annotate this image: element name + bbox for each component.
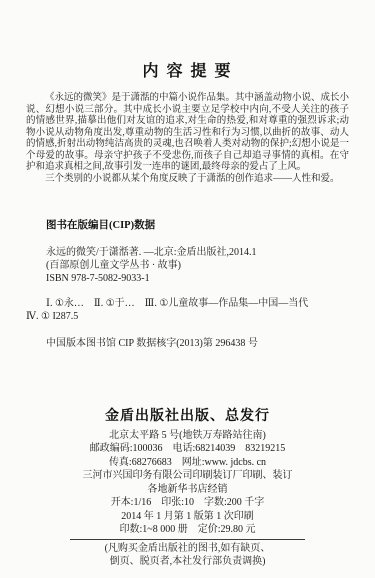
fax-website-line: 传真:68276683 网址:www. jdcbs. cn: [0, 456, 375, 470]
cip-classification-line2: Ⅳ. ① I287.5: [26, 310, 349, 323]
cip-data-block: 图书在版编目(CIP)数据 永远的微笑/于潇湉著. —北京:金盾出版社,2014…: [26, 219, 349, 350]
cip-title-line: 永远的微笑/于潇湉著. —北京:金盾出版社,2014.1: [46, 246, 349, 259]
distribution-line: 各地新华书店经销: [0, 483, 375, 497]
edition-line: 2014 年 1 月第 1 版第 1 次印刷: [0, 510, 375, 524]
printrun-price-line: 印数:1~8 000 册 定价:29.80 元: [0, 523, 375, 537]
divider-rule: [70, 539, 305, 540]
cip-classification-line1: Ⅰ. ①永… Ⅱ. ①于… Ⅲ. ①儿童故事—作品集—中国—当代: [46, 297, 349, 310]
cip-isbn: ISBN 978-7-5082-9033-1: [46, 272, 349, 285]
format-line: 开本:1/16 印张:10 字数:200 千字: [0, 496, 375, 510]
cip-record-number: 中国版本图书馆 CIP 数据核字(2013)第 296438 号: [46, 337, 349, 350]
content-summary-body: 《永远的微笑》是于潇湉的中篇小说作品集。其中涵盖动物小说、成长小说、幻想小说三部…: [26, 93, 349, 185]
publisher-address: 北京太平路 5 号(地铁万寿路站往南): [0, 429, 375, 443]
book-copyright-page: 内 容 提 要 《永远的微笑》是于潇湉的中篇小说作品集。其中涵盖动物小说、成长小…: [0, 0, 375, 578]
cip-heading: 图书在版编目(CIP)数据: [46, 219, 349, 232]
publisher-line: 金盾出版社出版、总发行: [0, 410, 375, 424]
cip-series-line: (百部原创儿童文学丛书 · 故事): [46, 259, 349, 272]
return-note-line2: 倒页、脱页者,本社发行部负责调换): [0, 555, 375, 569]
content-summary-title: 内 容 提 要: [0, 0, 375, 81]
colophon-block: 金盾出版社出版、总发行 北京太平路 5 号(地铁万寿路站往南) 邮政编码:100…: [0, 410, 375, 569]
postal-phone-line: 邮政编码:100036 电话:68214039 83219215: [0, 442, 375, 456]
return-note-line1: (凡购买金盾出版社的图书,如有缺页、: [0, 542, 375, 556]
printer-line: 三河市兴国印务有限公司印刷装订厂印刷、装订: [0, 469, 375, 483]
summary-paragraph-2: 三个类别的小说都从某个角度反映了于潇湉的创作追求——人性和爱。: [26, 174, 349, 186]
summary-paragraph-1: 《永远的微笑》是于潇湉的中篇小说作品集。其中涵盖动物小说、成长小说、幻想小说三部…: [26, 93, 349, 174]
